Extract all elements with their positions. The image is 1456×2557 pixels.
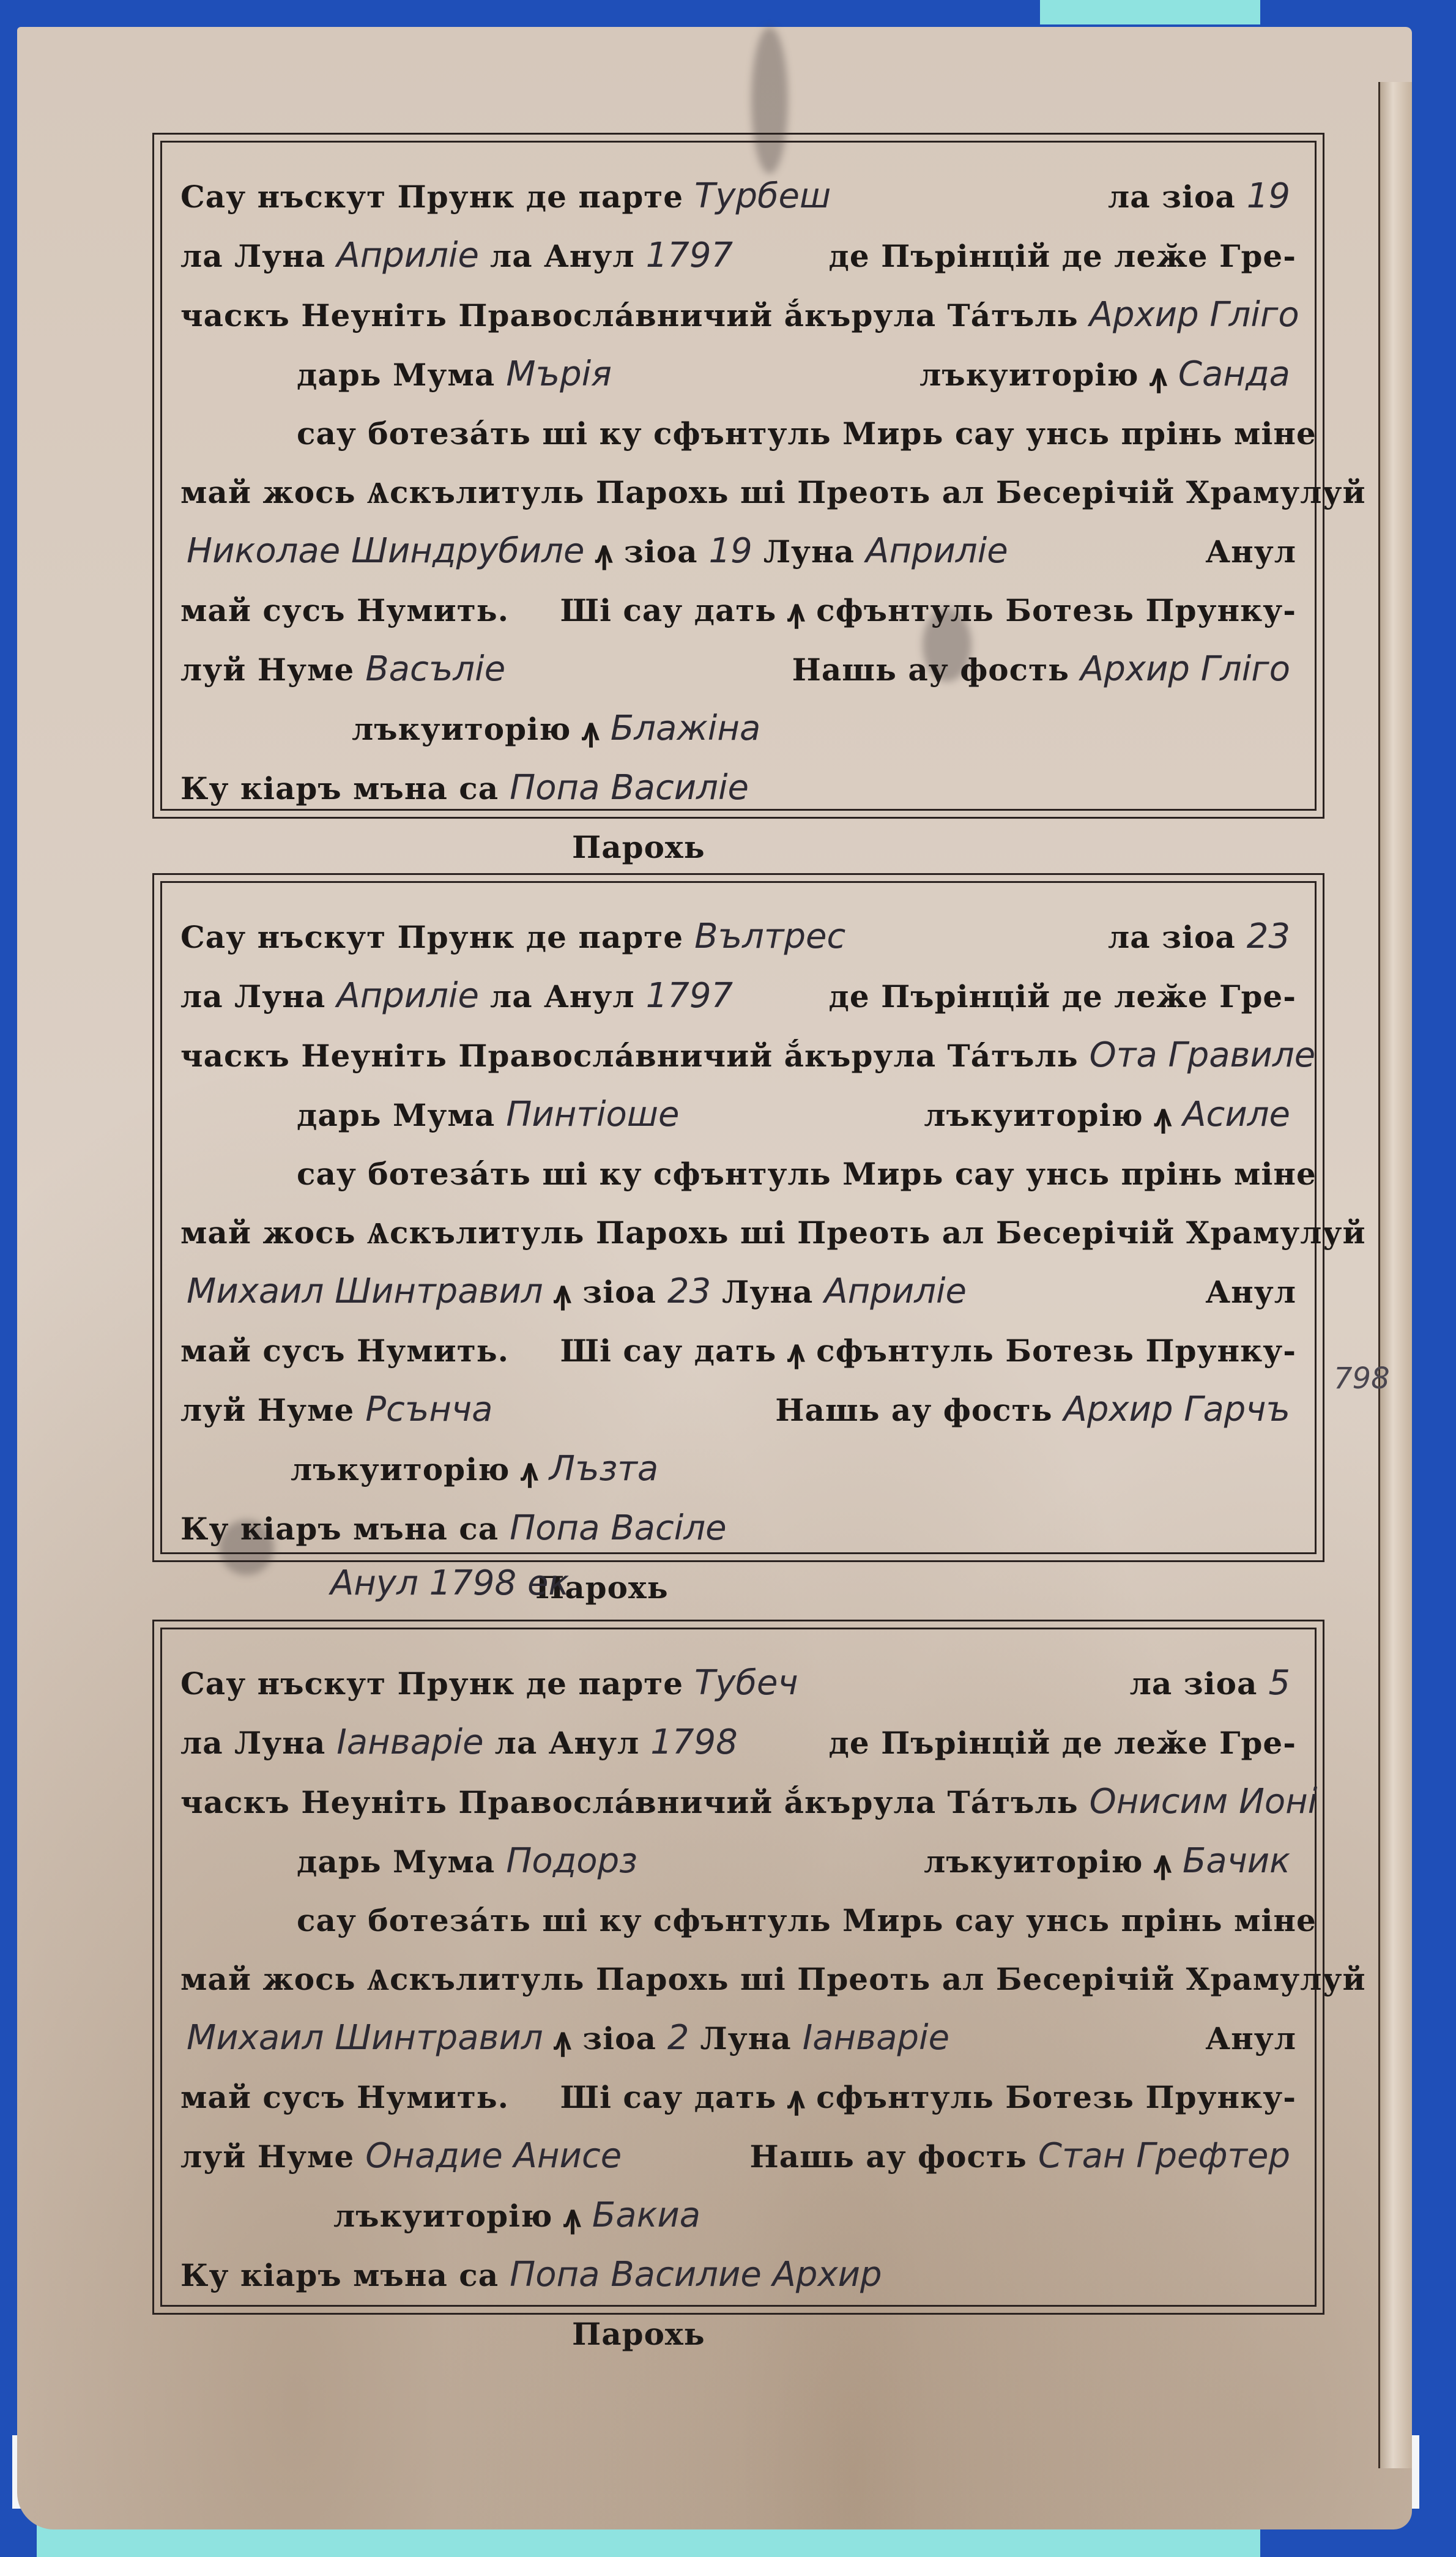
form-text: ла Луна [180, 227, 325, 286]
form-text: Ші сау дать ꙟ сфънтуль Ботезь Прунку- [560, 581, 1296, 640]
mother-handwriting: Подорз [500, 1832, 644, 1891]
month-handwriting: Априліе [330, 226, 485, 285]
mother-handwriting: Пинтіоше [500, 1085, 685, 1144]
given-name-handwriting: Онадие Анисе [359, 2127, 628, 2186]
day2-handwriting: 19 [703, 522, 759, 581]
form-text: лъкуиторію ꙟ [352, 700, 600, 759]
father-handwriting: Архир Гліго [1083, 286, 1306, 344]
entry-line-12: Парохь [180, 2305, 1296, 2364]
entry-line-7: Михаил Шинтравилꙟ зіоа2ЛунаІанваріе Анул [180, 2009, 1296, 2068]
form-text: Ку кіаръ мъна са [180, 759, 499, 818]
year-handwriting: 1797 [640, 226, 740, 285]
form-text: лъкуиторію ꙟ [924, 1833, 1172, 1891]
child-of-handwriting: Вълтрес [688, 907, 852, 966]
form-text: Анул [1205, 523, 1296, 581]
priest-signature-handwriting: Попа Васіле [503, 1499, 732, 1558]
form-text: луй Нуме [180, 1381, 354, 1440]
margin-number-note: 798 [1334, 1361, 1390, 1396]
form-text: де Пърінцій де леӂе Гре- [829, 967, 1296, 1026]
entry-line-4: дарь МумаПинтіоше лъкуиторію ꙟАсиле [180, 1085, 1296, 1145]
baptism-entry-2: Сау нъскут Прунк де партеВълтрес ла зіоа… [160, 881, 1317, 1554]
residence-handwriting: Асиле [1176, 1085, 1296, 1144]
entry-line-11: Ку кіаръ мъна саПопа Васіле [180, 1499, 1296, 1558]
entry-line-9: луй НумеРсънча Нашь ау фостьАрхир Гарчъ [180, 1380, 1296, 1440]
form-text: ла зіоа [1108, 168, 1236, 226]
entry-line-5: сау ботезáть ші ку сфънтуль Мирь сау унс… [180, 1891, 1296, 1950]
form-text: Луна [700, 2009, 791, 2068]
entry-line-3: часкъ Неуніть Правослáвничий ắкърула Тáт… [180, 286, 1296, 345]
father-handwriting: Ота Гравиле [1083, 1026, 1322, 1085]
priest-signature-handwriting: Попа Василіе [503, 759, 755, 817]
day2-handwriting: 2 [661, 2009, 696, 2068]
form-text: май жось Ѧскълитуль Парохь ші Преоть ал … [180, 1950, 1366, 2009]
form-text: ла Анул [490, 967, 635, 1026]
form-text: Анул [1205, 2009, 1296, 2068]
form-text: часкъ Неуніть Правослáвничий ắкърула Тáт… [180, 286, 1079, 345]
form-text: сау ботезáть ші ку сфънтуль Мирь сау унс… [297, 1891, 1317, 1950]
form-text: де Пърінцій де леӂе Гре- [829, 1714, 1296, 1773]
year-handwriting: 1797 [640, 967, 740, 1025]
entry-line-2: ла ЛунаАприліела Анул1797 де Пърінцій де… [180, 967, 1296, 1026]
entry-line-10: лъкуиторію ꙟБлажіна [180, 699, 1296, 759]
form-text: Ші сау дать ꙟ сфънтуль Ботезь Прунку- [560, 1322, 1296, 1380]
form-text: май сусъ Нумить. [180, 581, 509, 640]
form-text: Сау нъскут Прунк де парте [180, 1654, 683, 1713]
baptism-entry-3: Сау нъскут Прунк де партеТубеч ла зіоа5 … [160, 1628, 1317, 2307]
form-text: ꙟ зіоа [554, 2009, 656, 2068]
entry-line-11: Ку кіаръ мъна саПопа Василіе [180, 759, 1296, 818]
form-text: лъкуиторію ꙟ [333, 2187, 581, 2246]
form-text: часкъ Неуніть Правослáвничий ắкърула Тáт… [180, 1027, 1079, 1085]
entry-line-2: ла ЛунаІанваріела Анул1798 де Пърінцій д… [180, 1713, 1296, 1773]
entry-line-7: Михаил Шинтравилꙟ зіоа23ЛунаАприліе Анул [180, 1262, 1296, 1322]
day-handwriting: 5 [1262, 1654, 1296, 1713]
form-text: Луна [763, 523, 855, 581]
day-handwriting: 23 [1241, 907, 1296, 966]
form-text: ꙟ зіоа [554, 1263, 656, 1322]
godparent-handwriting: Архир Гліго [1074, 640, 1296, 699]
church-handwriting: Михаил Шинтравил [180, 2009, 549, 2068]
entry-line-8: май сусъ Нумить. Ші сау дать ꙟ сфънтуль … [180, 581, 1296, 640]
entry-line-5: сау ботезáть ші ку сфънтуль Мирь сау унс… [180, 404, 1296, 463]
form-text: Ку кіаръ мъна са [180, 2246, 499, 2305]
month2-handwriting: Іанваріе [797, 2009, 956, 2068]
parish-priest-label: Парохь [572, 2305, 705, 2364]
month2-handwriting: Априліе [818, 1262, 973, 1321]
form-text: Нашь ау фость [792, 641, 1069, 699]
form-text: ла зіоа [1130, 1654, 1258, 1713]
form-text: дарь Мума [297, 1086, 495, 1145]
child-of-handwriting: Тубеч [688, 1654, 804, 1713]
form-text: май жось Ѧскълитуль Парохь ші Преоть ал … [180, 463, 1366, 522]
residence-handwriting: Санда [1172, 345, 1296, 404]
month2-handwriting: Априліе [860, 522, 1014, 581]
form-text: луй Нуме [180, 2127, 354, 2186]
godparent-residence-handwriting: Бакиа [586, 2186, 707, 2245]
entry-line-3: часкъ Неуніть Правослáвничий ắкърула Тáт… [180, 1026, 1296, 1085]
form-text: луй Нуме [180, 641, 354, 699]
entry-line-10: лъкуиторію ꙟБакиа [180, 2186, 1296, 2246]
entry-line-2: ла ЛунаАприліела Анул1797 де Пърінцій де… [180, 226, 1296, 286]
form-text: ла Анул [490, 227, 635, 286]
given-name-handwriting: Васъліе [359, 640, 511, 699]
month-handwriting: Априліе [330, 967, 485, 1025]
entry-line-1: Сау нъскут Прунк де партеТубеч ла зіоа5 [180, 1654, 1296, 1713]
form-text: дарь Мума [297, 1833, 495, 1891]
form-text: сау ботезáть ші ку сфънтуль Мирь сау унс… [297, 404, 1317, 463]
parish-priest-label: Парохь [572, 818, 705, 877]
day2-handwriting: 23 [661, 1262, 717, 1321]
form-text: май сусъ Нумить. [180, 2068, 509, 2127]
month-handwriting: Іанваріе [330, 1713, 489, 1772]
entry-line-6: май жось Ѧскълитуль Парохь ші Преоть ал … [180, 1204, 1296, 1262]
form-text: Луна [722, 1263, 813, 1322]
top-cyan-tape [1040, 0, 1260, 24]
form-text: лъкуиторію ꙟ [919, 346, 1167, 404]
form-text: Анул [1205, 1263, 1296, 1322]
church-handwriting: Николае Шиндрубиле [180, 522, 590, 581]
given-name-handwriting: Рсънча [359, 1380, 499, 1439]
form-text: май жось Ѧскълитуль Парохь ші Преоть ал … [180, 1204, 1366, 1262]
entry-line-8: май сусъ Нумить. Ші сау дать ꙟ сфънтуль … [180, 1322, 1296, 1380]
form-text: Нашь ау фость [750, 2127, 1027, 2186]
entry-line-9: луй НумеВасъліе Нашь ау фостьАрхир Гліго [180, 640, 1296, 699]
entry-line-1: Сау нъскут Прунк де партеТурбеш ла зіоа1… [180, 167, 1296, 226]
priest-signature-handwriting: Попа Василие Архир [503, 2246, 888, 2304]
entry-line-12: Парохь [180, 818, 1296, 877]
form-text: Ку кіаръ мъна са [180, 1500, 499, 1558]
child-of-handwriting: Турбеш [688, 167, 837, 226]
baptism-entry-1: Сау нъскут Прунк де партеТурбеш ла зіоа1… [160, 141, 1317, 811]
residence-handwriting: Бачик [1176, 1832, 1296, 1891]
godparent-handwriting: Архир Гарчъ [1058, 1380, 1296, 1439]
year-handwriting: 1798 [644, 1713, 744, 1772]
entry-line-4: дарь МумаПодорз лъкуиторію ꙟБачик [180, 1832, 1296, 1891]
form-text: Нашь ау фость [775, 1381, 1052, 1440]
godparent-handwriting: Стан Грефтер [1032, 2127, 1296, 2186]
godparent-residence-handwriting: Блажіна [604, 699, 767, 758]
form-text: дарь Мума [297, 346, 495, 404]
entry-line-6: май жось Ѧскълитуль Парохь ші Преоть ал … [180, 1950, 1296, 2009]
form-text: лъкуиторію ꙟ [924, 1086, 1172, 1145]
entry-line-6: май жось Ѧскълитуль Парохь ші Преоть ал … [180, 463, 1296, 522]
form-text: Ші сау дать ꙟ сфънтуль Ботезь Прунку- [560, 2068, 1296, 2127]
form-text: Сау нъскут Прунк де парте [180, 908, 683, 967]
form-text: ла Анул [495, 1714, 640, 1773]
form-text: сау ботезáть ші ку сфънтуль Мирь сау унс… [297, 1145, 1317, 1204]
form-text: ла Луна [180, 1714, 325, 1773]
form-text: Сау нъскут Прунк де парте [180, 168, 683, 226]
entry-line-5: сау ботезáть ші ку сфънтуль Мирь сау унс… [180, 1145, 1296, 1204]
entry-line-1: Сау нъскут Прунк де партеВълтрес ла зіоа… [180, 907, 1296, 967]
form-text: ла зіоа [1108, 908, 1236, 967]
form-text: ꙟ зіоа [595, 523, 697, 581]
entry-line-8: май сусъ Нумить. Ші сау дать ꙟ сфънтуль … [180, 2068, 1296, 2127]
form-text: май сусъ Нумить. [180, 1322, 509, 1380]
form-text: лъкуиторію ꙟ [291, 1440, 538, 1499]
entry-line-11: Ку кіаръ мъна саПопа Василие Архир [180, 2246, 1296, 2305]
church-handwriting: Михаил Шинтравил [180, 1262, 549, 1321]
form-text: ла Луна [180, 967, 325, 1026]
godparent-residence-handwriting: Лъзта [543, 1440, 664, 1498]
entry-line-3: часкъ Неуніть Правослáвничий ắкърула Тáт… [180, 1773, 1296, 1832]
mother-handwriting: Мърія [500, 345, 618, 404]
entry-line-10: лъкуиторію ꙟЛъзта [180, 1440, 1296, 1499]
day-handwriting: 19 [1241, 167, 1296, 226]
page-spine [1378, 82, 1412, 2468]
entry-line-9: луй НумеОнадие Анисе Нашь ау фостьСтан Г… [180, 2127, 1296, 2186]
father-handwriting: Онисим Ионі [1083, 1773, 1324, 1831]
entry-line-7: Николае Шиндрубилеꙟ зіоа19ЛунаАприліе Ан… [180, 522, 1296, 581]
form-text: часкъ Неуніть Правослáвничий ắкърула Тáт… [180, 1773, 1079, 1832]
entry-line-4: дарь МумаМърія лъкуиторію ꙟСанда [180, 345, 1296, 404]
handwritten-year-note: Анул 1798 ек [330, 1563, 569, 1603]
form-text: де Пърінцій де леӂе Гре- [829, 227, 1296, 286]
